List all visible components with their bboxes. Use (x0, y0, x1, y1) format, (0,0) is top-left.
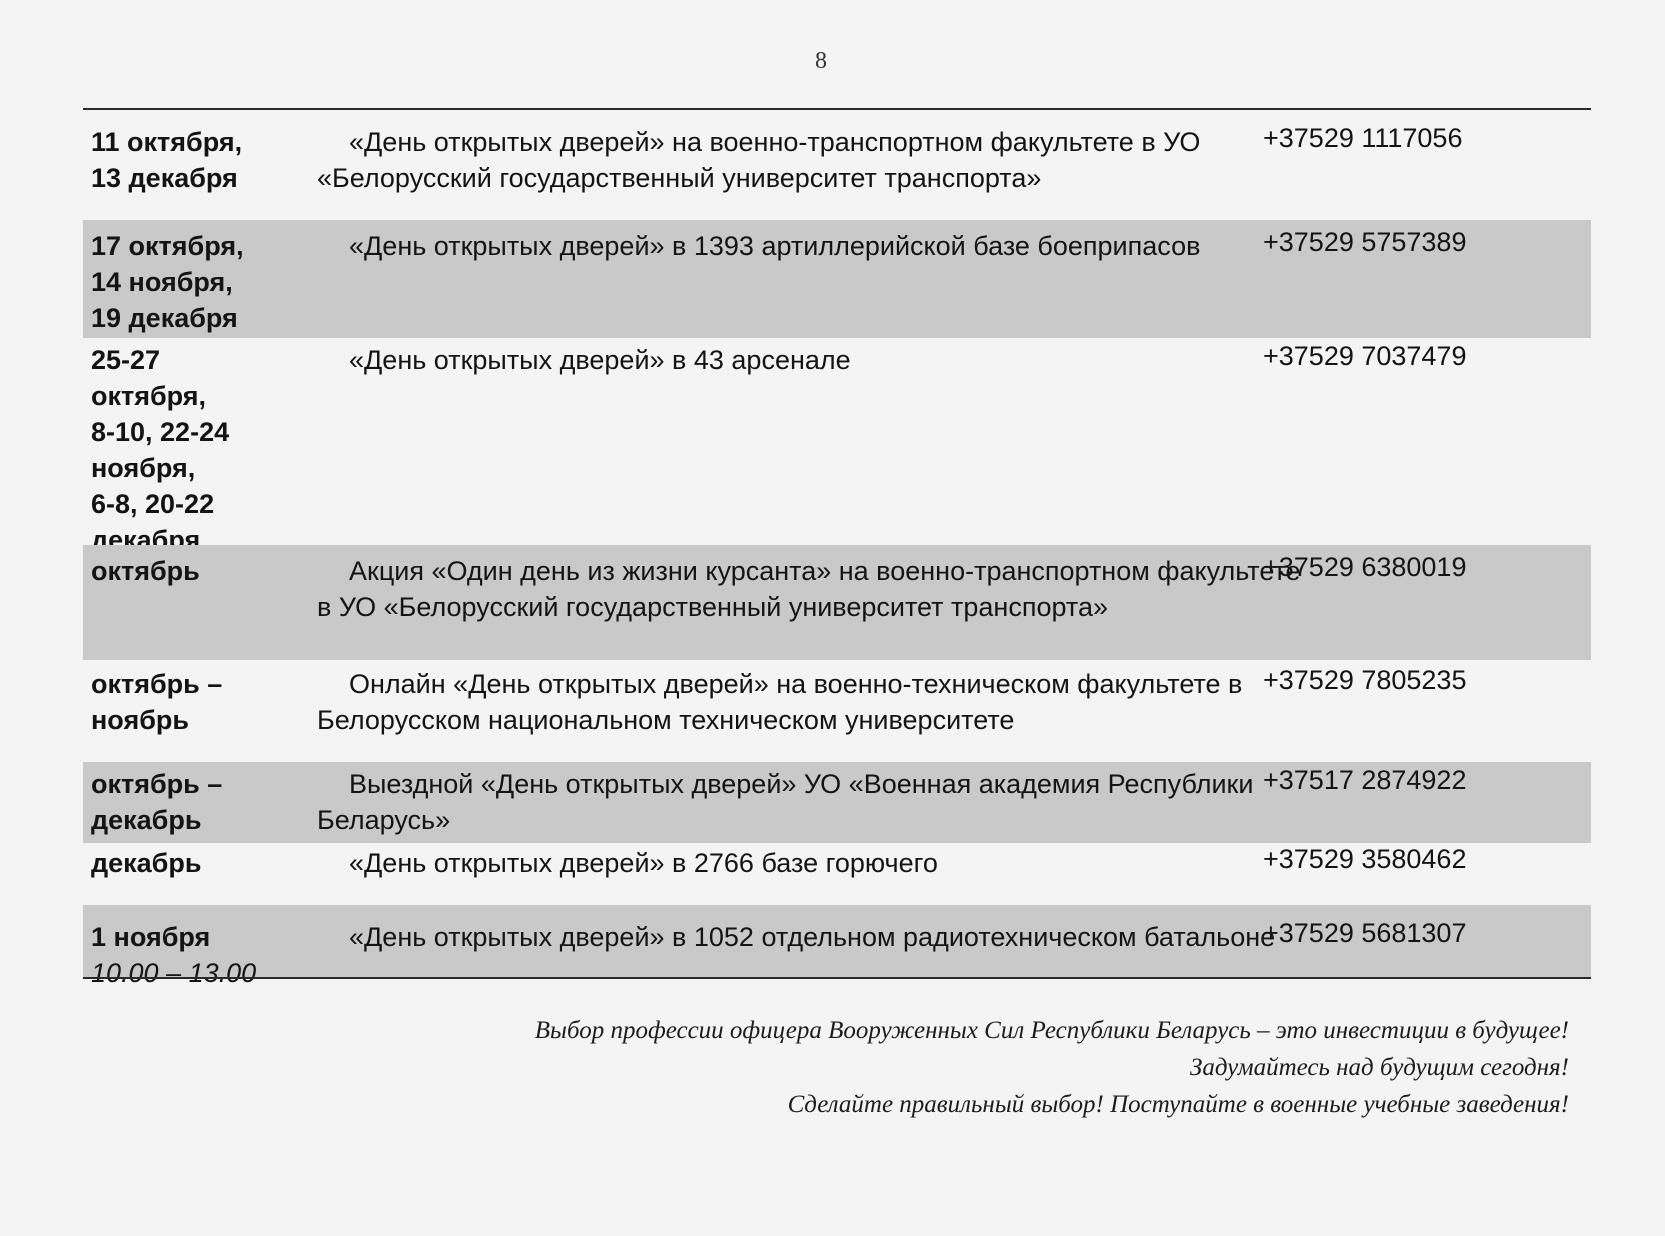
contact-phone: +37529 5681307 (1263, 915, 1583, 951)
table-row: 11 октября, 13 декабря«День открытых две… (83, 116, 1591, 220)
contact-phone: +37529 7805235 (1263, 662, 1583, 698)
contact-phone: +37529 1117056 (1263, 120, 1583, 156)
contact-phone: +37517 2874922 (1263, 762, 1583, 798)
contact-phone: +37529 5757389 (1263, 224, 1583, 260)
event-date: декабрь (91, 845, 301, 881)
slogan-line: Сделайте правильный выбор! Поступайте в … (535, 1086, 1569, 1123)
table-row: 17 октября, 14 ноября, 19 декабря«День о… (83, 220, 1591, 338)
event-description: Акция «Один день из жизни курсанта» на в… (317, 553, 1317, 625)
page-number: 8 (815, 48, 827, 75)
event-description: «День открытых дверей» на военно-транспо… (317, 124, 1317, 196)
event-date: октябрь – декабрь (91, 766, 301, 838)
table-row: октябрьАкция «Один день из жизни курсант… (83, 545, 1591, 660)
table-row: 1 ноября10.00 – 13.00«День открытых двер… (83, 905, 1591, 977)
event-date: 17 октября, 14 ноября, 19 декабря (91, 228, 301, 336)
event-description: «День открытых дверей» в 2766 базе горюч… (317, 845, 1317, 881)
event-date: 11 октября, 13 декабря (91, 124, 301, 196)
contact-phone: +37529 3580462 (1263, 841, 1583, 877)
event-time: 10.00 – 13.00 (91, 955, 301, 991)
contact-phone: +37529 7037479 (1263, 338, 1583, 374)
slogans: Выбор профессии офицера Вооруженных Сил … (535, 1012, 1569, 1123)
event-description: «День открытых дверей» в 1052 отдельном … (317, 919, 1317, 955)
event-date: октябрь (91, 553, 301, 589)
table-bottom-rule (83, 977, 1591, 979)
slogan-line: Задумайтесь над будущим сегодня! (535, 1049, 1569, 1086)
table-row: октябрь – декабрьВыездной «День открытых… (83, 762, 1591, 843)
table-row: октябрь – ноябрьОнлайн «День открытых дв… (83, 660, 1591, 762)
table-row: декабрь«День открытых дверей» в 2766 баз… (83, 843, 1591, 905)
table-top-rule (83, 108, 1591, 110)
event-date: октябрь – ноябрь (91, 666, 301, 738)
event-date: 25-27 октября, 8-10, 22-24 ноября, 6-8, … (91, 342, 301, 558)
contact-phone: +37529 6380019 (1263, 549, 1583, 585)
event-description: Выездной «День открытых дверей» УО «Воен… (317, 766, 1317, 838)
event-description: Онлайн «День открытых дверей» на военно-… (317, 666, 1317, 738)
event-description: «День открытых дверей» в 43 арсенале (317, 342, 1317, 378)
table-row: 25-27 октября, 8-10, 22-24 ноября, 6-8, … (83, 338, 1591, 545)
event-description: «День открытых дверей» в 1393 артиллерий… (317, 228, 1317, 264)
slogan-line: Выбор профессии офицера Вооруженных Сил … (535, 1012, 1569, 1049)
event-date: 1 ноября10.00 – 13.00 (91, 919, 301, 991)
